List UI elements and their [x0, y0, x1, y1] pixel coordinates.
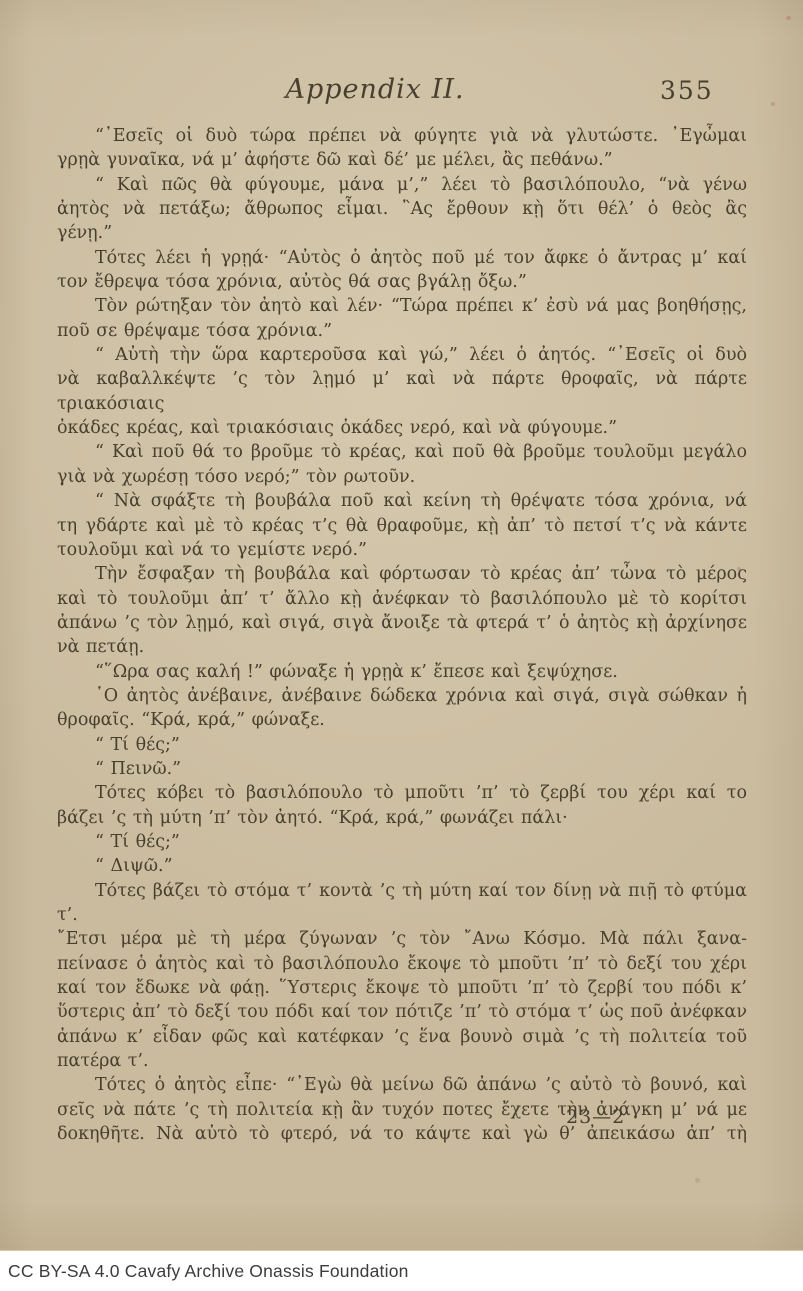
text-line: Τότες βάζει τὸ στόμα τ’ κοντὰ ’ς τὴ μύτη… [57, 879, 747, 928]
text-line: “ Αὐτὴ τὴν ὥρα καρτεροῦσα καὶ γώ,” λέει … [57, 343, 747, 367]
text-line: τουλοῦμι καὶ νά το γεμίστε νερό.” [57, 538, 747, 562]
text-line: ῾Ο ἀητὸς ἀνέβαινε, ἀνέβαινε δώδεκα χρόνι… [57, 684, 747, 708]
page-number: 355 [660, 76, 720, 105]
text-line: “ Νὰ σφάξτε τὴ βουβάλα ποῦ καὶ κείνη τὴ … [57, 489, 747, 513]
text-line: ἀπάνω ’ς τὸν λῃμό, καὶ σιγά, σιγὰ ἄνοιξε… [57, 611, 747, 635]
text-line: “ Διψῶ.” [57, 854, 747, 878]
text-line: τη γδάρτε καὶ μὲ τὸ κρέας τ’ς θὰ θραφοῦμ… [57, 514, 747, 538]
text-line: “ Πεινῶ.” [57, 757, 747, 781]
text-line: “῞Ωρα σας καλή !” φώναξε ἡ γρῃὰ κ’ ἔπεσε… [57, 660, 747, 684]
text-line: βάζει ’ς τὴ μύτη ’π’ τὸν ἀητό. “Κρά, κρά… [57, 806, 747, 830]
text-line: ὕστερις ἀπ’ τὸ δεξί του πόδι καί τον πότ… [57, 1000, 747, 1024]
text-line: νὰ καβαλλκέψτε ’ς τὸν λῃμό μ’ καὶ νὰ πάρ… [57, 367, 747, 416]
text-line: ἀπάνω κ’ εἶδαν φῶς καὶ κατέφκαν ’ς ἕνα β… [57, 1025, 747, 1049]
text-line: ὀκάδες κρέας, καὶ τριακόσιαις ὀκάδες νερ… [57, 416, 747, 440]
text-line: Τότες κόβει τὸ βασιλόπουλο τὸ μποῦτι ’π’… [57, 781, 747, 805]
text-line: Τότες ὁ ἀητὸς εἶπε· “᾿Εγὼ θὰ μείνω δῶ ἀπ… [57, 1073, 747, 1097]
paper-speck [771, 102, 775, 106]
text-line: ποῦ σε θρέψαμε τόσα χρόνια.” [57, 319, 747, 343]
text-line: γένῃ.” [57, 221, 747, 245]
text-line: “ Τί θές;” [57, 733, 747, 757]
signature-mark: 23—2 [566, 1106, 625, 1128]
page-title: Appendix II. [240, 74, 510, 105]
text-line: ῎Ετσι μέρα μὲ τὴ μέρα ζύγωναν ’ς τὸν ῎Αν… [57, 927, 747, 951]
text-line: σεῖς νὰ πάτε ’ς τὴ πολιτεία κῂ ἂν τυχόν … [57, 1098, 747, 1122]
text-line: καὶ τὸ τουλοῦμι ἀπ’ τ’ ἄλλο κῂ ἀνέφκαν τ… [57, 587, 747, 611]
text-line: νὰ πετάῃ. [57, 635, 747, 659]
text-line: πατέρα τ’. [57, 1049, 747, 1073]
text-line: θροφαῖς. “Κρά, κρά,” φώναξε. [57, 708, 747, 732]
text-line: Τότες λέει ἡ γρῃά· “Αὐτὸς ὁ ἀητὸς ποῦ μέ… [57, 246, 747, 270]
text-line: καί τον ἔδωκε νὰ φάῃ. ῞Υστερις ἔκοψε τὸ … [57, 976, 747, 1000]
text-line: γιὰ νὰ χωρέσῃ τόσο νερό;” τὸν ρωτοῦν. [57, 465, 747, 489]
text-line: Τὴν ἔσφαξαν τὴ βουβάλα καὶ φόρτωσαν τὸ κ… [57, 562, 747, 586]
license-text: CC BY-SA 4.0 Cavafy Archive Onassis Foun… [0, 1261, 409, 1282]
text-line: “ Τί θές;” [57, 830, 747, 854]
body-text: “᾿Εσεῖς οἱ δυὸ τώρα πρέπει νὰ φύγητε γιὰ… [57, 124, 747, 1146]
book-page-scan: Appendix II. 355 “᾿Εσεῖς οἱ δυὸ τώρα πρέ… [0, 0, 803, 1291]
text-line: “ Καὶ ποῦ θά το βροῦμε τὸ κρέας, καὶ ποῦ… [57, 440, 747, 464]
paper-speck [786, 16, 791, 20]
paper-speck [695, 1178, 700, 1183]
license-bar: CC BY-SA 4.0 Cavafy Archive Onassis Foun… [0, 1250, 803, 1291]
text-line: “᾿Εσεῖς οἱ δυὸ τώρα πρέπει νὰ φύγητε γιὰ… [57, 124, 747, 148]
text-line: γρῃὰ γυναῖκα, νά μ’ ἀφήστε δῶ καὶ δέ’ με… [57, 148, 747, 172]
text-line: “ Καὶ πῶς θὰ φύγουμε, μάνα μ’,” λέει τὸ … [57, 173, 747, 197]
text-line: Τὸν ρώτηξαν τὸν ἀητὸ καὶ λέν· “Τώρα πρέπ… [57, 294, 747, 318]
text-line: ἀητὸς νὰ πετάξω; ἄθρωπος εἶμαι. ῍Ας ἔρθο… [57, 197, 747, 221]
text-line: δοκηθῆτε. Νὰ αὐτὸ τὸ φτερό, νά το κάψτε … [57, 1122, 747, 1146]
text-line: πείνασε ὁ ἀητὸς καὶ τὸ βασιλόπουλο ἔκοψε… [57, 952, 747, 976]
text-line: τον ἔθρεψα τόσα χρόνια, αὐτὸς θά σας βγά… [57, 270, 747, 294]
